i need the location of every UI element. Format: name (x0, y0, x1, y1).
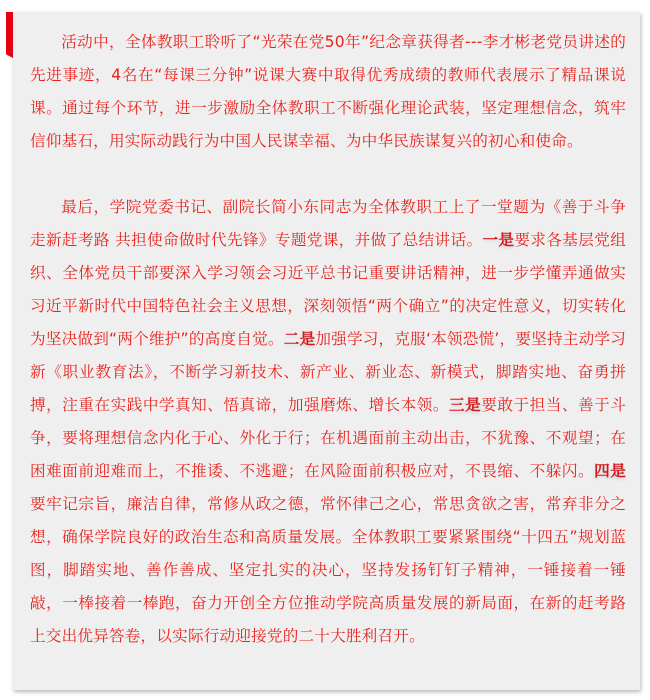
point-marker-2: 二是 (284, 330, 316, 348)
paragraph-activity: 活动中，全体教职工聆听了“光荣在党50年”纪念章获得者---李才彬老党员讲述的先… (30, 26, 626, 158)
paragraph-text: 要牢记宗旨，廉洁自律，常修从政之德，常怀律己之心，常思贪欲之害，常弃非分之想，确… (30, 495, 626, 645)
paragraph-text: 活动中，全体教职工聆听了“光荣在党50年”纪念章获得者---李才彬老党员讲述的先… (30, 33, 626, 150)
point-marker-3: 三是 (449, 396, 481, 414)
point-marker-1: 一是 (482, 231, 514, 249)
article-card: 活动中，全体教职工聆听了“光荣在党50年”纪念章获得者---李才彬老党员讲述的先… (13, 12, 640, 690)
accent-bar (6, 12, 13, 58)
point-marker-4: 四是 (594, 462, 626, 480)
paragraph-summary-speech: 最后，学院党委书记、副院长简小东同志为全体教职工上了一堂题为《善于斗争走新赶考路… (30, 191, 626, 653)
